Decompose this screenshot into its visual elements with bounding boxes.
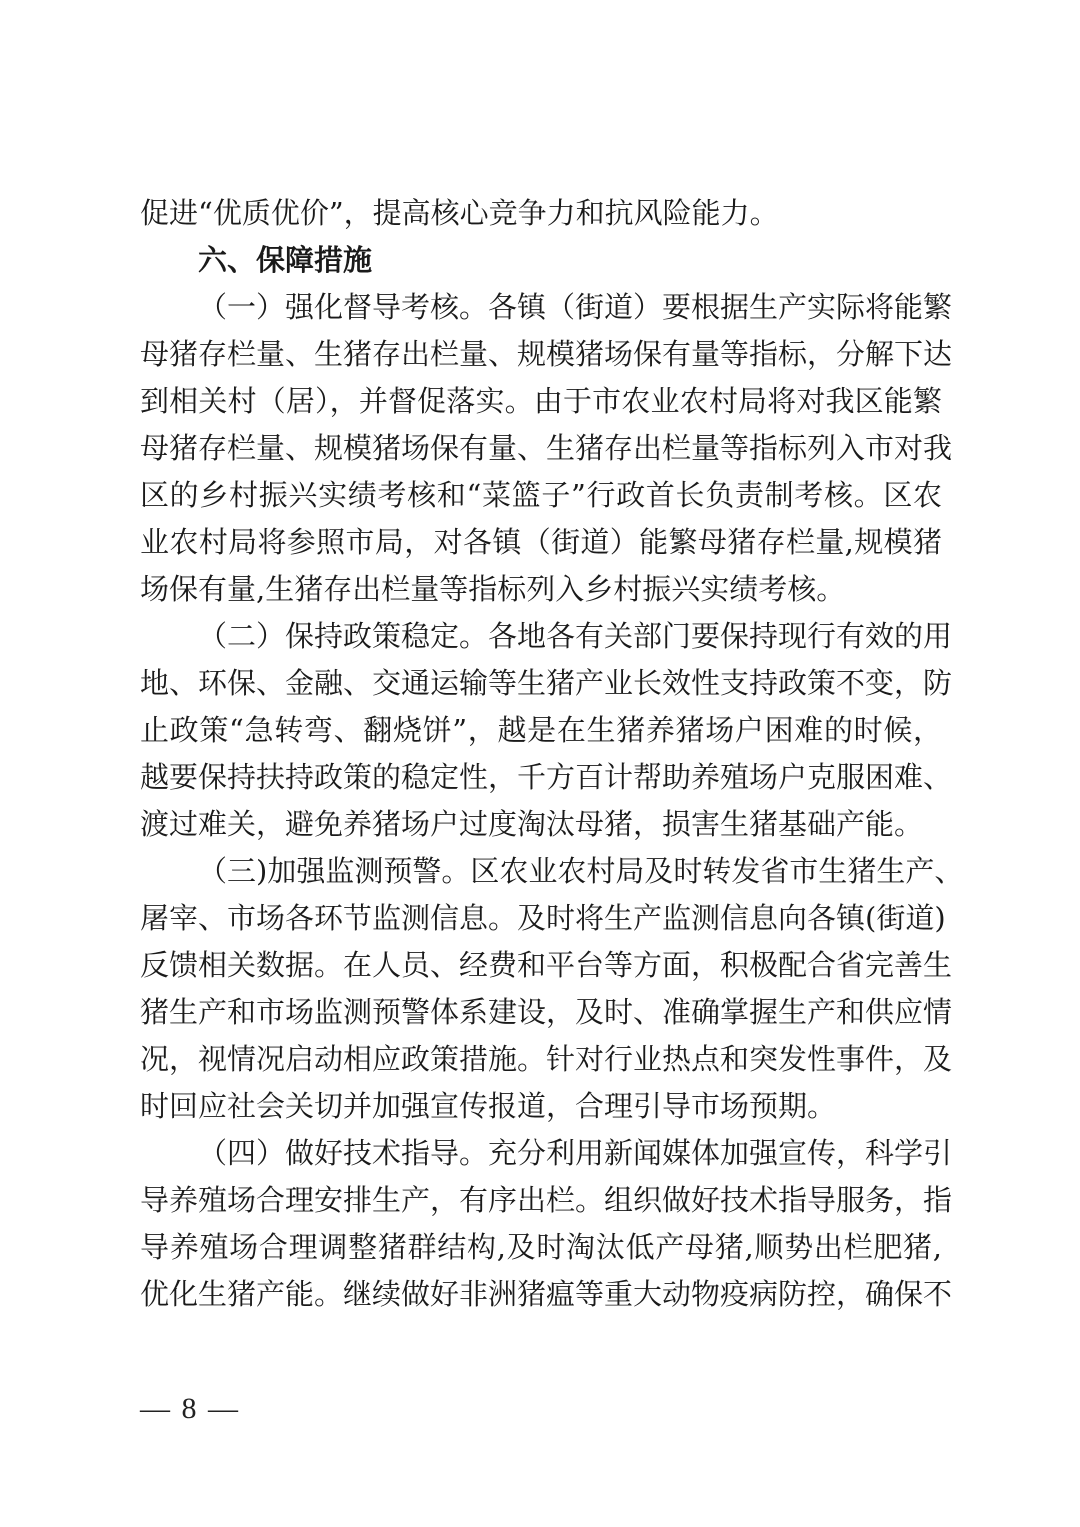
paragraph-supervision: （一）强化督导考核。各镇（街道）要根据生产实际将能繁 母猪存栏量、生猪存出栏量、… bbox=[140, 284, 942, 613]
text-line: 导养殖场合理调整猪群结构,及时淘汰低产母猪,顺势出栏肥猪, bbox=[140, 1224, 942, 1271]
heading-text: 六、保障措施 bbox=[140, 237, 942, 284]
text-line: 况，视情况启动相应政策措施。针对行业热点和突发性事件，及 bbox=[140, 1036, 942, 1083]
text-line: 场保有量,生猪存出栏量等指标列入乡村振兴实绩考核。 bbox=[140, 566, 942, 613]
text-line: 时回应社会关切并加强宣传报道，合理引导市场预期。 bbox=[140, 1083, 942, 1130]
text-line: （三)加强监测预警。区农业农村局及时转发省市生猪生产、 bbox=[140, 848, 942, 895]
text-line: 止政策“急转弯、翻烧饼”，越是在生猪养猪场户困难的时候， bbox=[140, 707, 942, 754]
text-line: 猪生产和市场监测预警体系建设，及时、准确掌握生产和供应情 bbox=[140, 989, 942, 1036]
text-line: 母猪存栏量、生猪存出栏量、规模猪场保有量等指标，分解下达 bbox=[140, 331, 942, 378]
paragraph-monitoring: （三)加强监测预警。区农业农村局及时转发省市生猪生产、 屠宰、市场各环节监测信息… bbox=[140, 848, 942, 1130]
document-page: 促进“优质优价”，提高核心竞争力和抗风险能力。 六、保障措施 （一）强化督导考核… bbox=[140, 190, 942, 1318]
text-line: 反馈相关数据。在人员、经费和平台等方面，积极配合省完善生 bbox=[140, 942, 942, 989]
text-line: （二）保持政策稳定。各地各有关部门要保持现行有效的用 bbox=[140, 613, 942, 660]
text-line: 越要保持扶持政策的稳定性，千方百计帮助养殖场户克服困难、 bbox=[140, 754, 942, 801]
text-line: 业农村局将参照市局，对各镇（街道）能繁母猪存栏量,规模猪 bbox=[140, 519, 942, 566]
paragraph-policy-stability: （二）保持政策稳定。各地各有关部门要保持现行有效的用 地、环保、金融、交通运输等… bbox=[140, 613, 942, 848]
text-line: 渡过难关，避免养猪场户过度淘汰母猪，损害生猪基础产能。 bbox=[140, 801, 942, 848]
paragraph-technical-guidance: （四）做好技术指导。充分利用新闻媒体加强宣传，科学引 导养殖场合理安排生产，有序… bbox=[140, 1130, 942, 1318]
text-line: 到相关村（居），并督促落实。由于市农业农村局将对我区能繁 bbox=[140, 378, 942, 425]
text-line: 母猪存栏量、规模猪场保有量、生猪存出栏量等指标列入市对我 bbox=[140, 425, 942, 472]
text-line: 导养殖场合理安排生产，有序出栏。组织做好技术指导服务，指 bbox=[140, 1177, 942, 1224]
text-line: 促进“优质优价”，提高核心竞争力和抗风险能力。 bbox=[140, 190, 942, 237]
text-line: 区的乡村振兴实绩考核和“菜篮子”行政首长负责制考核。区农 bbox=[140, 472, 942, 519]
text-line: （四）做好技术指导。充分利用新闻媒体加强宣传，科学引 bbox=[140, 1130, 942, 1177]
text-line: 优化生猪产能。继续做好非洲猪瘟等重大动物疫病防控，确保不 bbox=[140, 1271, 942, 1318]
text-line: 地、环保、金融、交通运输等生猪产业长效性支持政策不变，防 bbox=[140, 660, 942, 707]
text-line: 屠宰、市场各环节监测信息。及时将生产监测信息向各镇(街道) bbox=[140, 895, 942, 942]
page-number: — 8 — bbox=[140, 1392, 240, 1426]
section-heading: 六、保障措施 bbox=[140, 237, 942, 284]
text-line: （一）强化督导考核。各镇（街道）要根据生产实际将能繁 bbox=[140, 284, 942, 331]
paragraph-continuation: 促进“优质优价”，提高核心竞争力和抗风险能力。 bbox=[140, 190, 942, 237]
